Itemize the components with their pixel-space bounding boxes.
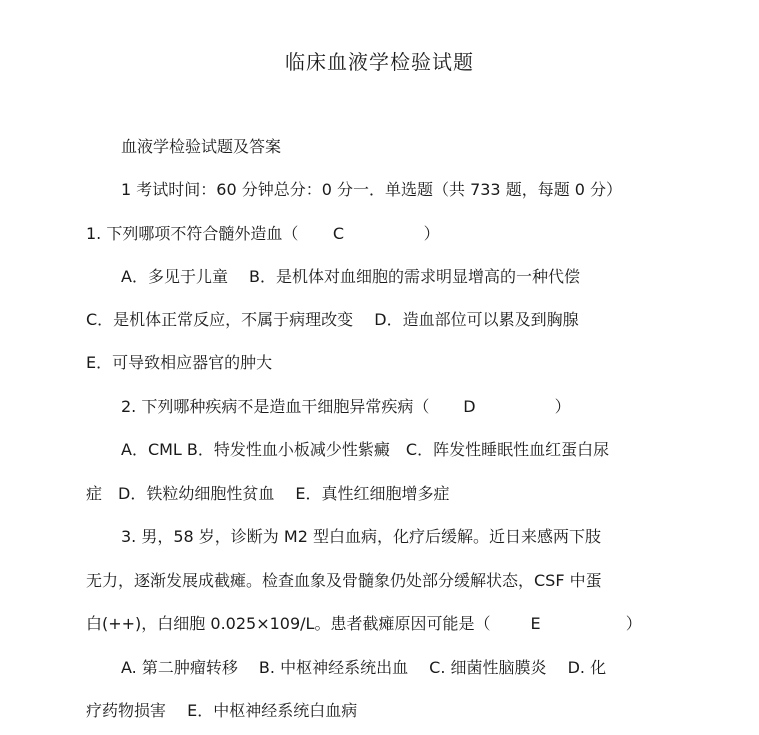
question-text: 白(++)，白细胞 0.025×109/L。患者截瘫原因可能是（: [86, 614, 490, 633]
question-2-stem: 2. 下列哪种疾病不是造血干细胞异常疾病（ D ）: [121, 397, 571, 417]
answer-value: D: [434, 397, 504, 417]
question-2-options-line-2: 症 D．铁粒幼细胞性贫血 E．真性红细胞增多症: [86, 484, 450, 504]
question-1-stem: 1. 下列哪项不符合髓外造血（ C ）: [86, 224, 440, 244]
question-3-stem-line-1: 3. 男，58 岁，诊断为 M2 型白血病，化疗后缓解。近日来感两下肢: [121, 527, 601, 547]
question-number: 3.: [121, 527, 136, 546]
answer-close-paren: ）: [555, 397, 571, 416]
document-page: 临床血液学检验试题 血液学检验试题及答案 1 考试时间：60 分钟总分：0 分一…: [0, 0, 759, 735]
question-text: 男，58 岁，诊断为 M2 型白血病，化疗后缓解。近日来感两下肢: [141, 527, 601, 546]
question-1-options-line-3: E．可导致相应器官的肿大: [86, 353, 272, 373]
answer-close-paren: ）: [424, 224, 440, 243]
question-2-options-line-1: A．CML B．特发性血小板减少性紫癜 C．阵发性睡眠性血红蛋白尿: [121, 440, 609, 460]
question-3-options-line-1: A. 第二肿瘤转移 B. 中枢神经系统出血 C. 细菌性脑膜炎 D. 化: [121, 658, 606, 678]
question-number: 1.: [86, 224, 101, 243]
question-3-stem-line-3: 白(++)，白细胞 0.025×109/L。患者截瘫原因可能是（ E ）: [86, 614, 642, 634]
exam-info: 1 考试时间：60 分钟总分：0 分一．单选题（共 733 题，每题 0 分）: [121, 180, 622, 200]
document-subtitle: 血液学检验试题及答案: [121, 137, 281, 157]
question-number: 2.: [121, 397, 136, 416]
answer-value: C: [303, 224, 373, 244]
question-text: 下列哪种疾病不是造血干细胞异常疾病（: [141, 397, 429, 416]
question-3-stem-line-2: 无力，逐渐发展成截瘫。检查血象及骨髓象仍处部分缓解状态，CSF 中蛋: [86, 571, 602, 591]
question-text: 下列哪项不符合髓外造血（: [106, 224, 298, 243]
answer-close-paren: ）: [626, 614, 642, 633]
question-3-options-line-2: 疗药物损害 E．中枢神经系统白血病: [86, 701, 357, 721]
question-1-options-line-1: A．多见于儿童 B．是机体对血细胞的需求明显增高的一种代偿: [121, 267, 580, 287]
question-1-options-line-2: C．是机体正常反应，不属于病理改变 D．造血部位可以累及到胸腺: [86, 310, 579, 330]
answer-value: E: [496, 614, 576, 634]
document-title: 临床血液学检验试题: [0, 46, 759, 75]
